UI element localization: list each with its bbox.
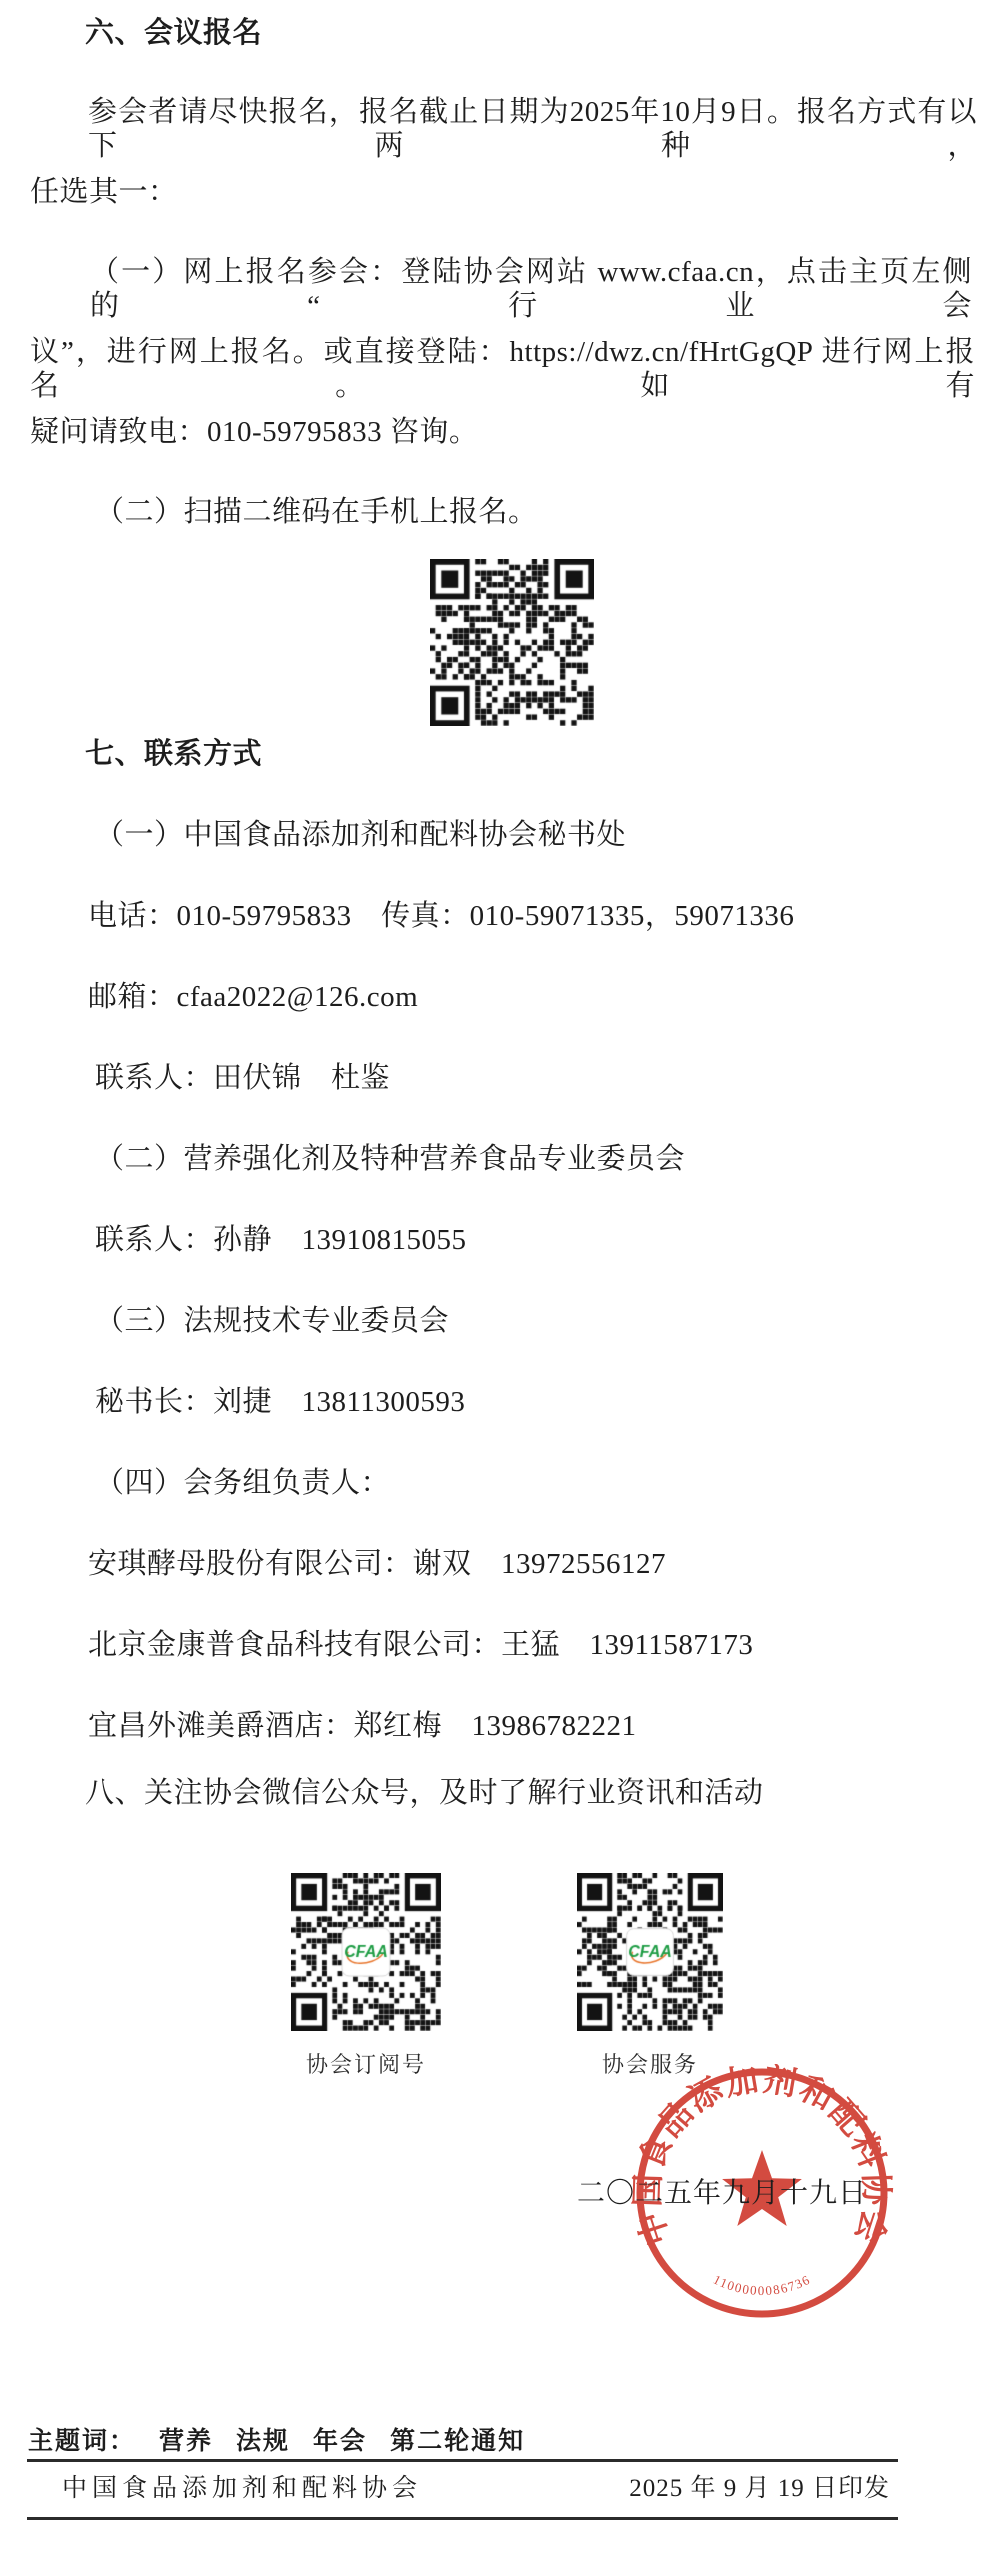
keywords-label: 主题词： — [28, 2428, 136, 2455]
keyword-1: 营养 — [159, 2421, 213, 2457]
section7-sub3: （三）法规技术专业委员会 — [95, 1304, 449, 1338]
section6-item2: （二）扫描二维码在手机上报名。 — [95, 495, 538, 529]
section6-item1-line1: （一）网上报名参会：登陆协会网站 www.cfaa.cn，点击主页左侧的“行业会 — [90, 255, 972, 323]
footer-issuer: 中国食品添加剂和配料协会 — [62, 2468, 422, 2504]
qr-left-label: 协会订阅号 — [291, 2048, 441, 2079]
section6-paragraph-line1: 参会者请尽快报名，报名截止日期为2025年10月9日。报名方式有以下两种， — [88, 95, 977, 163]
section7-contacts2: 联系人：孙静 13910815055 — [95, 1223, 467, 1257]
section8-heading: 八、关注协会微信公众号，及时了解行业资讯和活动 — [85, 1776, 764, 1810]
wechat-subscription-qr-code — [291, 1873, 441, 2031]
section7-contacts1: 联系人：田伏锦 杜鉴 — [95, 1061, 390, 1095]
footer-print-date: 2025 年 9 月 19 日印发 — [540, 2468, 890, 2504]
section7-sub2: （二）营养强化剂及特种营养食品专业委员会 — [95, 1142, 685, 1176]
seal-number-arc-text: 1100000086736 — [711, 2272, 813, 2298]
section7-org1: 安琪酵母股份有限公司：谢双 13972556127 — [88, 1547, 666, 1581]
registration-qr-code — [430, 559, 594, 726]
footer-keywords-row: 主题词：营养法规年会第二轮通知 — [28, 2421, 525, 2457]
footer-rule-bottom — [27, 2517, 898, 2520]
document-date: 二〇二五年九月十九日 — [577, 2171, 867, 2211]
section6-heading: 六、会议报名 — [85, 16, 262, 50]
section7-org2: 北京金康普食品科技有限公司：王猛 13911587173 — [88, 1628, 753, 1662]
section7-heading: 七、联系方式 — [85, 737, 262, 771]
section6-paragraph-line2: 任选其一： — [30, 175, 178, 209]
svg-text:1100000086736: 1100000086736 — [711, 2272, 813, 2298]
keyword-2: 法规 — [236, 2421, 290, 2457]
scanned-notice-page: { "colors": { "seal_red": "#cf382c", "lo… — [0, 0, 1000, 2560]
section7-phone: 电话：010-59795833 传真：010-59071335，59071336 — [88, 899, 794, 933]
keyword-4: 第二轮通知 — [390, 2421, 525, 2457]
section7-org3: 宜昌外滩美爵酒店：郑红梅 13986782221 — [88, 1709, 637, 1743]
section7-email: 邮箱：cfaa2022@126.com — [88, 980, 418, 1014]
keyword-3: 年会 — [313, 2421, 367, 2457]
wechat-service-qr-code — [577, 1873, 723, 2031]
section7-sub1: （一）中国食品添加剂和配料协会秘书处 — [95, 818, 626, 852]
section7-contacts3: 秘书长：刘捷 13811300593 — [95, 1385, 465, 1419]
section6-item1-line2: 议”，进行网上报名。或直接登陆：https://dwz.cn/fHrtGgQP … — [30, 335, 975, 403]
footer-rule-top — [27, 2459, 898, 2462]
section7-sub4: （四）会务组负责人： — [95, 1466, 390, 1500]
section6-item1-line3: 疑问请致电：010-59795833 咨询。 — [30, 415, 478, 449]
